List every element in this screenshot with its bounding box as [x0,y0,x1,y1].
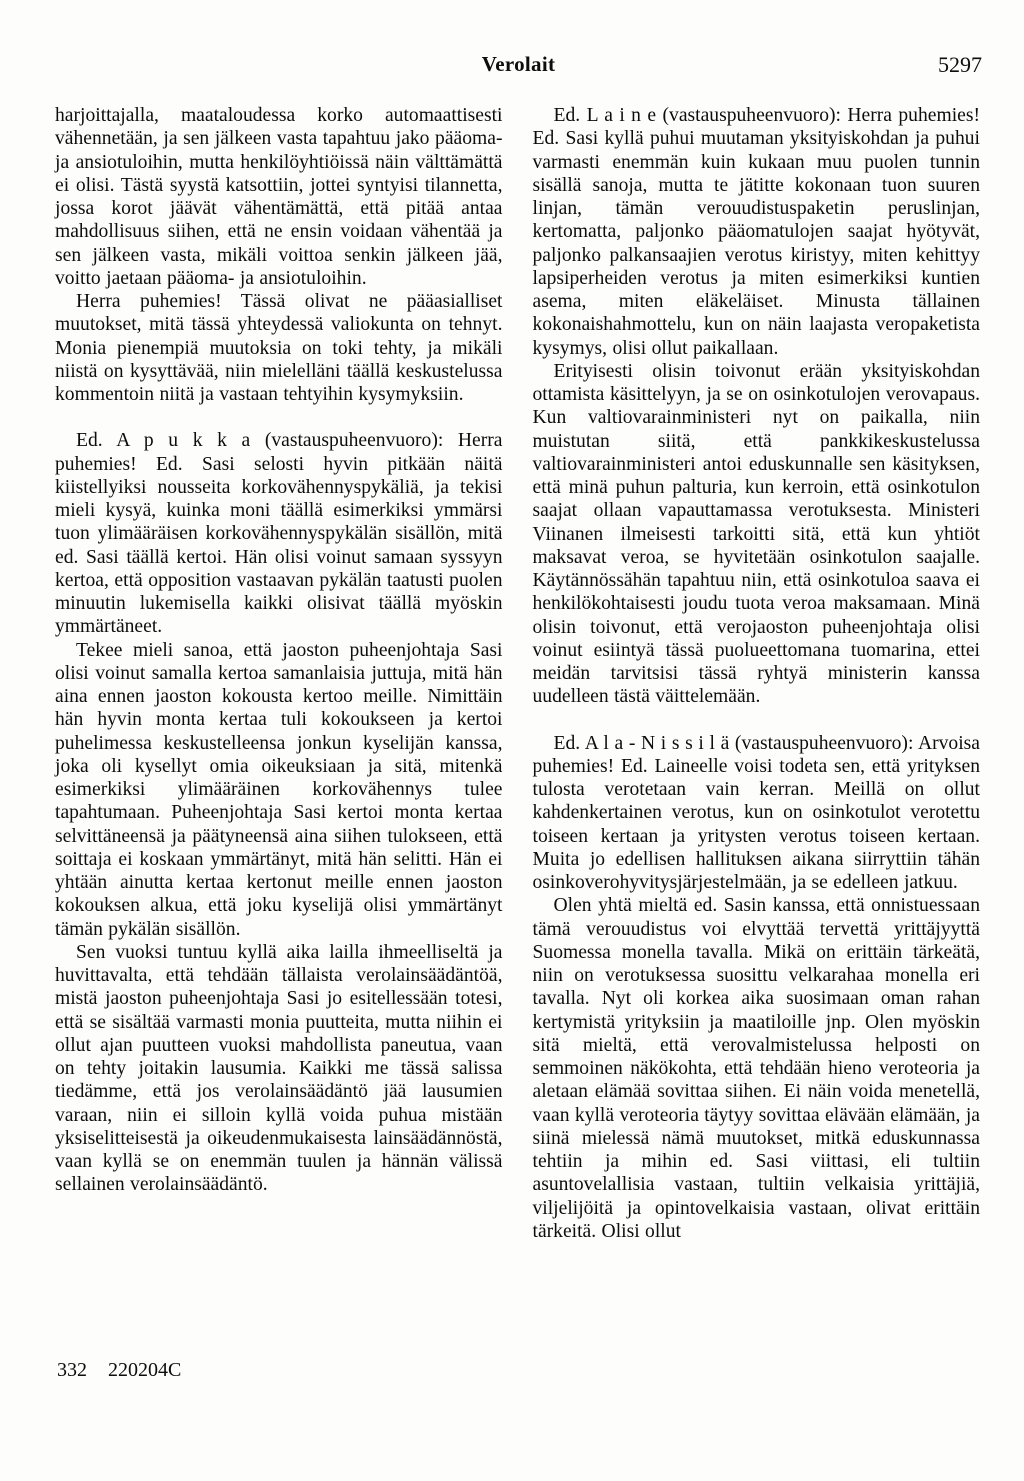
page-header: Verolait 5297 [55,52,982,82]
speech-paragraph-laine: Ed. L a i n e (vastauspuheenvuoro): Herr… [533,104,981,360]
paragraph: Sen vuoksi tuntuu kyllä aika lailla ihme… [55,941,503,1197]
page-footer: 332 220204C [57,1359,181,1382]
speech-paragraph-apukka: Ed. A p u k k a (vastauspuheenvuoro): He… [55,429,503,638]
paragraph: Erityisesti olisin toivonut erään yksity… [533,360,981,709]
page-number: 5297 [938,52,982,78]
document-page: Verolait 5297 harjoittajalla, maataloude… [0,0,1024,1481]
two-column-text-body: harjoittajalla, maataloudessa korko auto… [55,104,980,1243]
paragraph: Olen yhtä mieltä ed. Sasin kanssa, että … [533,894,981,1243]
footer-signature: 332 [57,1359,87,1382]
paragraph: Tekee mieli sanoa, että jaoston puheenjo… [55,639,503,941]
paragraph: Herra puhemies! Tässä olivat ne pääasial… [55,290,503,406]
right-column: Ed. L a i n e (vastauspuheenvuoro): Herr… [533,104,981,1243]
running-title: Verolait [55,52,982,77]
footer-print-code: 220204C [108,1359,181,1382]
speech-paragraph-ala-nissila: Ed. A l a - N i s s i l ä (vastauspuheen… [533,732,981,895]
paragraph-continuation: harjoittajalla, maataloudessa korko auto… [55,104,503,290]
left-column: harjoittajalla, maataloudessa korko auto… [55,104,503,1243]
